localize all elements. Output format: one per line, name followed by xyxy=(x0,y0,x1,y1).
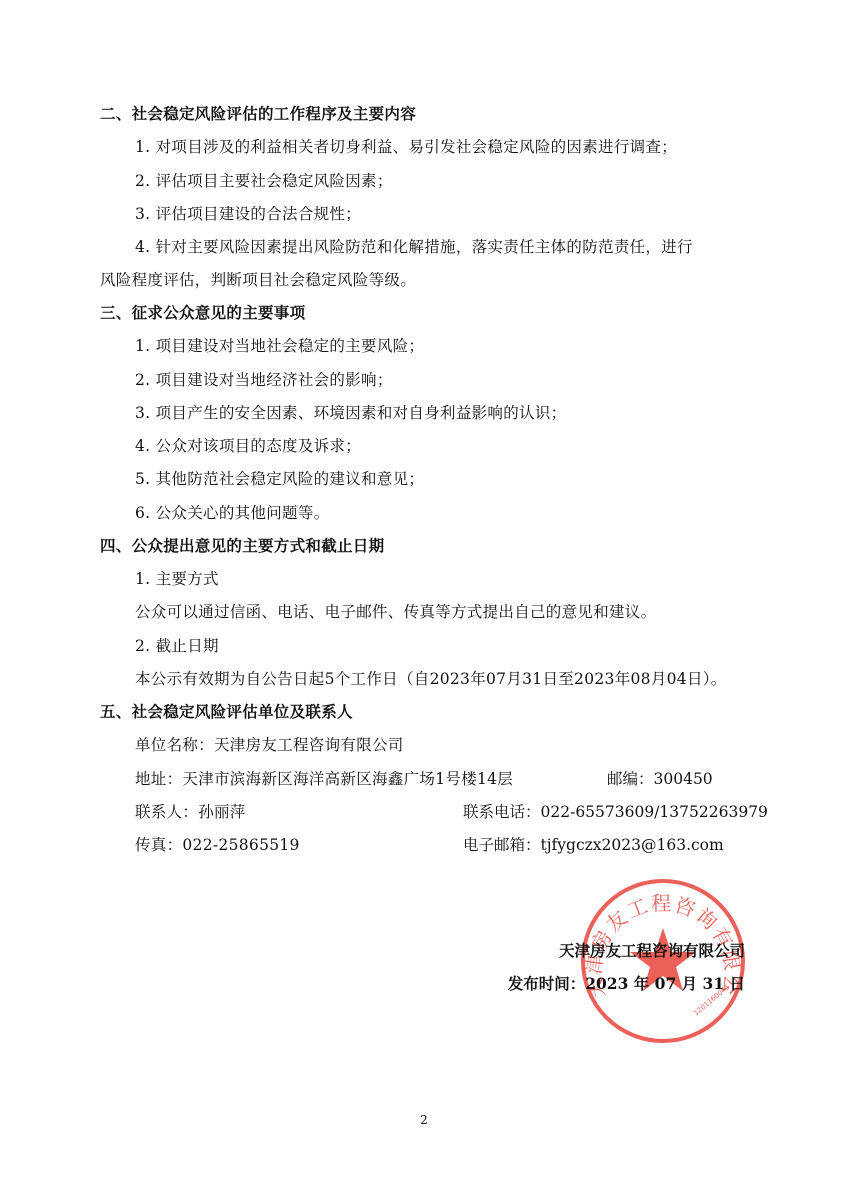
contact-email: 电子邮箱：tjfygczx2023@163.com xyxy=(463,835,724,855)
list-item: 1. 主要方式 xyxy=(135,569,219,589)
paragraph: 本公示有效期为自公告日起5个工作日（自2023年07月31日至2023年08月0… xyxy=(135,669,727,689)
list-item: 3. 项目产生的安全因素、环境因素和对自身利益影响的认识； xyxy=(135,403,566,423)
list-item: 2. 评估项目主要社会稳定风险因素； xyxy=(135,171,393,191)
list-item: 3. 评估项目建设的合法合规性； xyxy=(135,204,361,224)
contact-unit: 单位名称：天津房友工程咨询有限公司 xyxy=(135,735,404,755)
document-page: 二、社会稳定风险评估的工作程序及主要内容 1. 对项目涉及的利益相关者切身利益、… xyxy=(0,0,848,1200)
section-heading-3: 三、征求公众意见的主要事项 xyxy=(100,303,305,323)
list-item: 4. 针对主要风险因素提出风险防范和化解措施，落实责任主体的防范责任，进行 xyxy=(135,237,693,257)
signature-company: 天津房友工程咨询有限公司 xyxy=(559,941,745,961)
contact-person: 联系人：孙丽萍 xyxy=(135,802,246,822)
list-item: 6. 公众关心的其他问题等。 xyxy=(135,503,329,523)
list-item: 1. 项目建设对当地社会稳定的主要风险； xyxy=(135,336,424,356)
list-item: 2. 项目建设对当地经济社会的影响； xyxy=(135,370,393,390)
section-heading-2: 二、社会稳定风险评估的工作程序及主要内容 xyxy=(100,104,416,124)
list-item: 2. 截止日期 xyxy=(135,636,219,656)
signature-date: 发布时间：2023 年 07 月 31 日 xyxy=(508,974,745,994)
list-item-continuation: 风险程度评估，判断项目社会稳定风险等级。 xyxy=(100,270,416,290)
contact-phone: 联系电话：022-65573609/13752263979 xyxy=(463,802,768,822)
contact-fax: 传真：022-25865519 xyxy=(135,835,300,855)
contact-address: 地址：天津市滨海新区海洋高新区海鑫广场1号楼14层 xyxy=(135,769,513,789)
list-item: 4. 公众对该项目的态度及诉求； xyxy=(135,436,361,456)
list-item: 5. 其他防范社会稳定风险的建议和意见； xyxy=(135,469,424,489)
page-number: 2 xyxy=(0,1113,848,1127)
section-heading-4: 四、公众提出意见的主要方式和截止日期 xyxy=(100,536,384,556)
list-item: 1. 对项目涉及的利益相关者切身利益、易引发社会稳定风险的因素进行调查； xyxy=(135,137,677,157)
section-heading-5: 五、社会稳定风险评估单位及联系人 xyxy=(100,702,353,722)
company-seal-icon: 天津房友工程咨询有限公司 1201160045 xyxy=(578,876,748,1046)
paragraph: 公众可以通过信函、电话、电子邮件、传真等方式提出自己的意见和建议。 xyxy=(135,602,656,622)
contact-postcode: 邮编：300450 xyxy=(607,769,713,789)
